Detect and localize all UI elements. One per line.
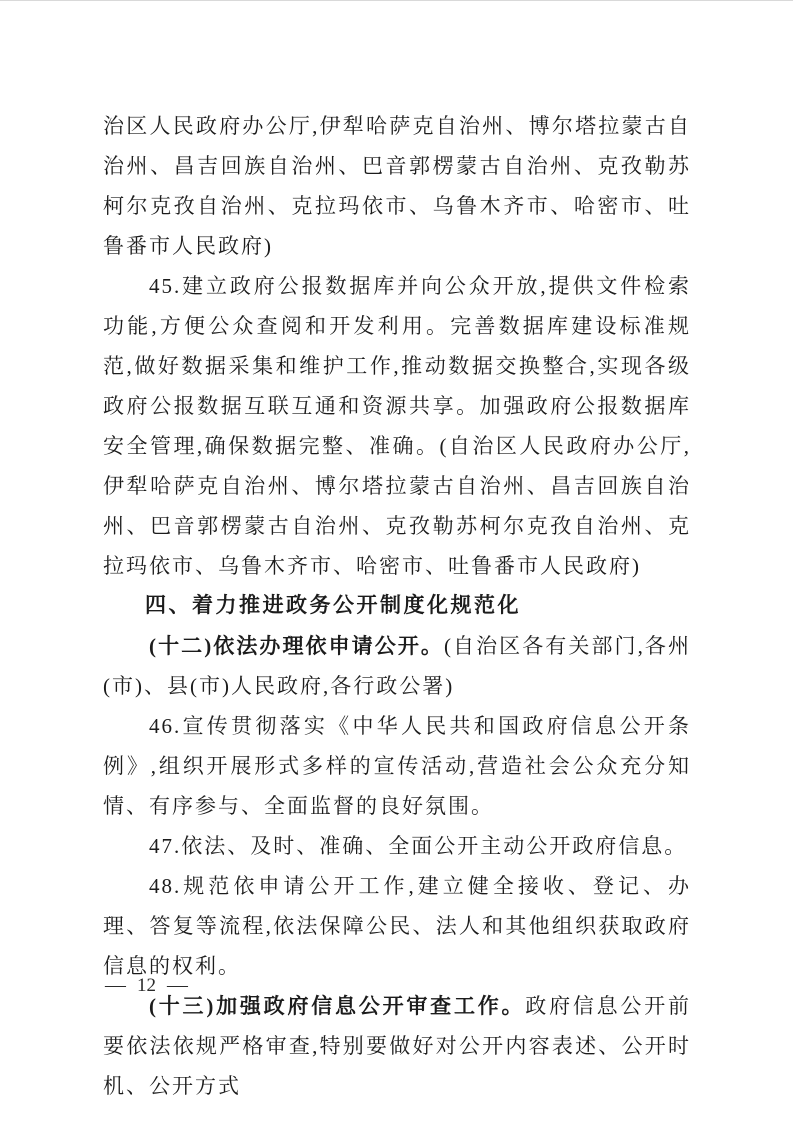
paragraph-item-46: 46.宣传贯彻落实《中华人民共和国政府信息公开条例》,组织开展形式多样的宣传活动… — [103, 706, 691, 826]
page-content: 治区人民政府办公厅,伊犁哈萨克自治州、博尔塔拉蒙古自治州、昌吉回族自治州、巴音郭… — [103, 106, 691, 1106]
footer-left-dash: — — [105, 974, 126, 998]
paragraph-item-48: 48.规范依申请公开工作,建立健全接收、登记、办理、答复等流程,依法保障公民、法… — [103, 866, 691, 986]
document-page: 治区人民政府办公厅,伊犁哈萨克自治州、博尔塔拉蒙古自治州、昌吉回族自治州、巴音郭… — [0, 0, 793, 1122]
paragraph-item-13: (十三)加强政府信息公开审查工作。政府信息公开前要依法依规严格审查,特别要做好对… — [103, 986, 691, 1106]
footer-right-dash: — — [167, 974, 188, 998]
paragraph-item-13-lead: (十三)加强政府信息公开审查工作。 — [149, 994, 525, 1018]
section-heading: 四、着力推进政务公开制度化规范化 — [103, 586, 691, 626]
paragraph-item-45: 45.建立政府公报数据库并向公众开放,提供文件检索功能,方便公众查阅和开发利用。… — [103, 266, 691, 586]
paragraph-item-12-lead: (十二)依法办理依申请公开。 — [149, 634, 444, 658]
paragraph-item-12: (十二)依法办理依申请公开。(自治区各有关部门,各州(市)、县(市)人民政府,各… — [103, 626, 691, 706]
page-number: 12 — [137, 974, 156, 998]
scan-edge-line — [0, 0, 793, 1]
paragraph-item-47: 47.依法、及时、准确、全面公开主动公开政府信息。 — [103, 826, 691, 866]
paragraph-continuation: 治区人民政府办公厅,伊犁哈萨克自治州、博尔塔拉蒙古自治州、昌吉回族自治州、巴音郭… — [103, 106, 691, 266]
page-footer: —12— — [106, 974, 187, 998]
